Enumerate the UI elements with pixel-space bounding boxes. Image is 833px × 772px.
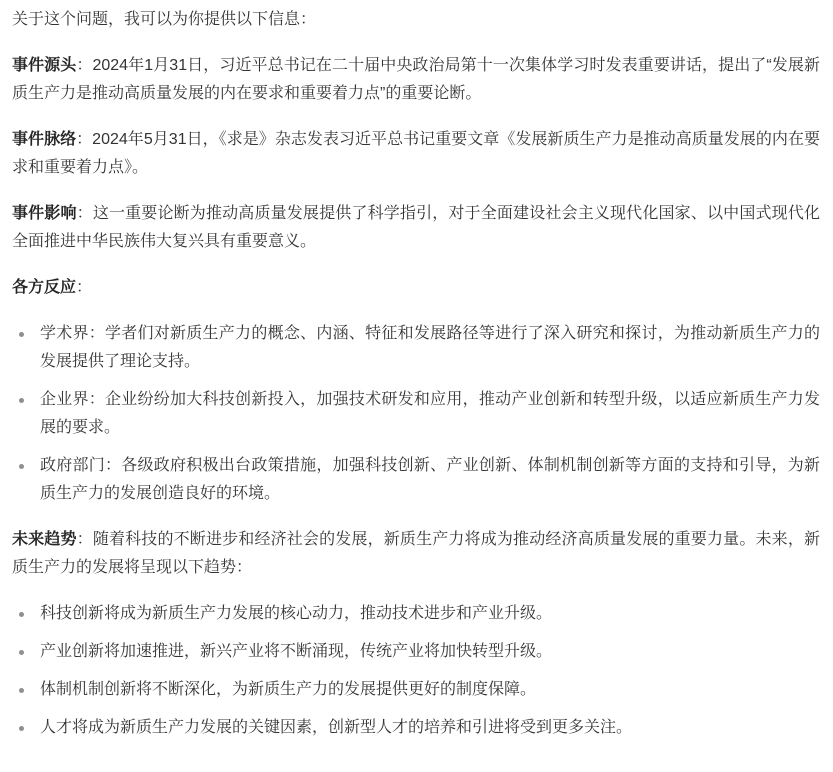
- list-item: 体制机制创新将不断深化，为新质生产力的发展提供更好的制度保障。: [12, 676, 820, 704]
- list-item: 政府部门：各级政府积极出台政策措施，加强科技创新、产业创新、体制机制创新等方面的…: [12, 452, 820, 508]
- bullet-icon: [19, 464, 24, 469]
- bullet-icon: [19, 726, 24, 731]
- trend-talent-text: 人才将成为新质生产力发展的关键因素，创新型人才的培养和引进将受到更多关注。: [40, 714, 820, 742]
- bullet-icon: [19, 650, 24, 655]
- bullet-icon: [19, 398, 24, 403]
- reactions-heading-label: 各方反应: [12, 279, 76, 296]
- reactions-list: 学术界：学者们对新质生产力的概念、内涵、特征和发展路径等进行了深入研究和探讨，为…: [12, 320, 820, 508]
- trend-institutional-innovation-text: 体制机制创新将不断深化，为新质生产力的发展提供更好的制度保障。: [40, 676, 820, 704]
- intro-paragraph: 关于这个问题，我可以为你提供以下信息：: [12, 6, 820, 34]
- bullet-icon: [19, 332, 24, 337]
- bullet-icon: [19, 612, 24, 617]
- future-trends-label: 未来趋势: [12, 531, 77, 548]
- event-impact-text: ：这一重要论断为推动高质量发展提供了科学指引，对于全面建设社会主义现代化国家、以…: [12, 205, 820, 250]
- trends-list: 科技创新将成为新质生产力发展的核心动力，推动技术进步和产业升级。 产业创新将加速…: [12, 600, 820, 742]
- trend-industry-innovation-text: 产业创新将加速推进，新兴产业将不断涌现，传统产业将加快转型升级。: [40, 638, 820, 666]
- list-item: 产业创新将加速推进，新兴产业将不断涌现，传统产业将加快转型升级。: [12, 638, 820, 666]
- event-impact-paragraph: 事件影响：这一重要论断为推动高质量发展提供了科学指引，对于全面建设社会主义现代化…: [12, 200, 820, 256]
- answer-document: 关于这个问题，我可以为你提供以下信息： 事件源头：2024年1月31日，习近平总…: [0, 0, 833, 772]
- bullet-icon: [19, 688, 24, 693]
- reaction-academia-text: 学术界：学者们对新质生产力的概念、内涵、特征和发展路径等进行了深入研究和探讨，为…: [40, 320, 820, 376]
- intro-text: 关于这个问题，我可以为你提供以下信息：: [12, 11, 316, 28]
- event-source-paragraph: 事件源头：2024年1月31日，习近平总书记在二十届中央政治局第十一次集体学习时…: [12, 52, 820, 108]
- event-context-label: 事件脉络: [12, 131, 76, 148]
- event-source-label: 事件源头: [12, 57, 76, 74]
- event-impact-label: 事件影响: [12, 205, 77, 222]
- reaction-government-text: 政府部门：各级政府积极出台政策措施，加强科技创新、产业创新、体制机制创新等方面的…: [40, 452, 820, 508]
- future-trends-text: ：随着科技的不断进步和经济社会的发展，新质生产力将成为推动经济高质量发展的重要力…: [12, 531, 820, 576]
- future-trends-paragraph: 未来趋势：随着科技的不断进步和经济社会的发展，新质生产力将成为推动经济高质量发展…: [12, 526, 820, 582]
- list-item: 企业界：企业纷纷加大科技创新投入，加强技术研发和应用，推动产业创新和转型升级，以…: [12, 386, 820, 442]
- reaction-business-text: 企业界：企业纷纷加大科技创新投入，加强技术研发和应用，推动产业创新和转型升级，以…: [40, 386, 820, 442]
- event-source-text: ：2024年1月31日，习近平总书记在二十届中央政治局第十一次集体学习时发表重要…: [12, 57, 820, 102]
- event-context-paragraph: 事件脉络：2024年5月31日，《求是》杂志发表习近平总书记重要文章《发展新质生…: [12, 126, 820, 182]
- event-context-text: ：2024年5月31日，《求是》杂志发表习近平总书记重要文章《发展新质生产力是推…: [12, 131, 820, 176]
- list-item: 学术界：学者们对新质生产力的概念、内涵、特征和发展路径等进行了深入研究和探讨，为…: [12, 320, 820, 376]
- reactions-heading: 各方反应：: [12, 274, 820, 302]
- list-item: 科技创新将成为新质生产力发展的核心动力，推动技术进步和产业升级。: [12, 600, 820, 628]
- list-item: 人才将成为新质生产力发展的关键因素，创新型人才的培养和引进将受到更多关注。: [12, 714, 820, 742]
- reactions-heading-colon: ：: [76, 279, 92, 296]
- trend-tech-innovation-text: 科技创新将成为新质生产力发展的核心动力，推动技术进步和产业升级。: [40, 600, 820, 628]
